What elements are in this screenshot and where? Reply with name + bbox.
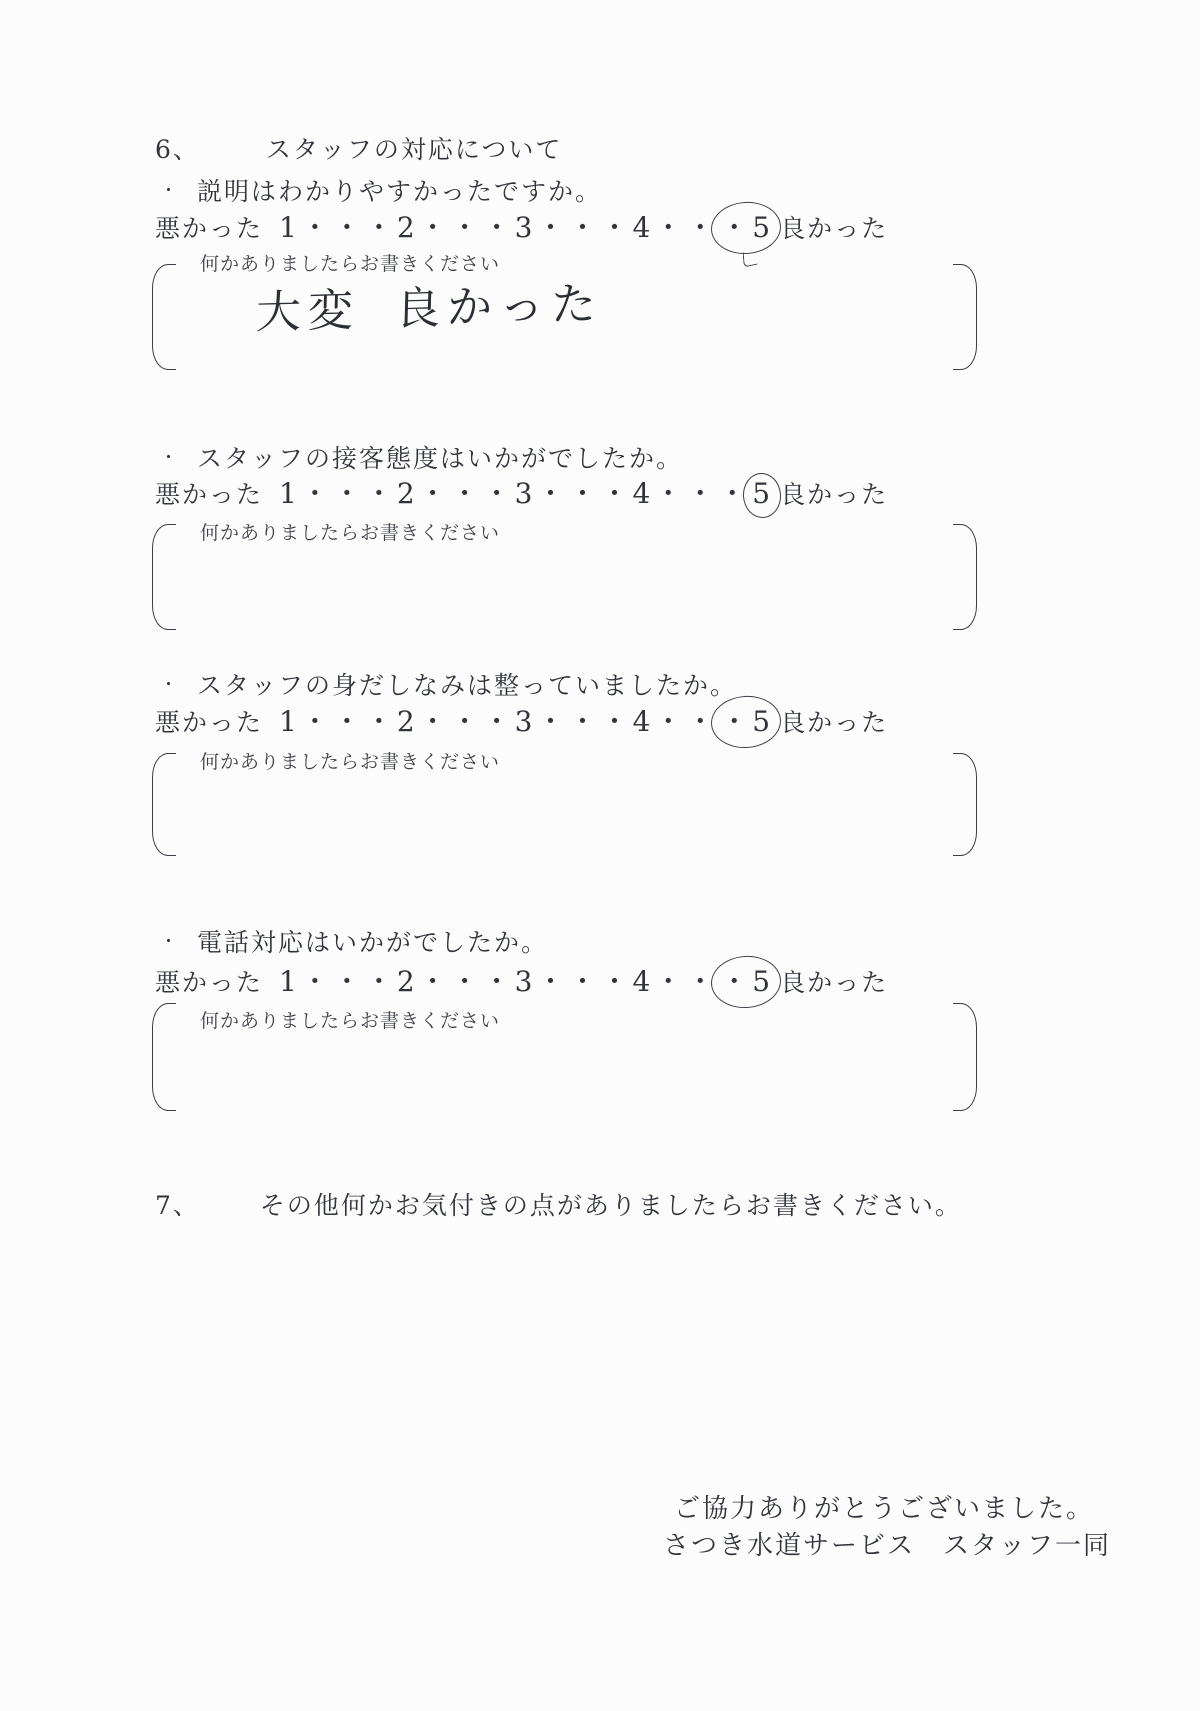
question-text-2: ・ スタッフの接客態度はいかがでしたか。: [160, 439, 683, 475]
scale-numbers: 1・・・2・・・3・・・4・・・5: [279, 960, 776, 1000]
question-text-1: ・ 説明はわかりやすかったですか。: [160, 172, 602, 208]
scale-high-label: 良かった: [780, 963, 888, 999]
rating-scale-2: 悪かった 1・・・2・・・3・・・4・・・5 良かった: [155, 472, 888, 512]
section-7-title: その他何かお気付きの点がありましたらお書きください。: [260, 1186, 962, 1222]
rating-circle-3: ・5: [718, 700, 776, 740]
scale-numbers: 1・・・2・・・3・・・4・・・5: [279, 700, 776, 740]
comment-bracket-right-4: [953, 1003, 977, 1111]
comment-bracket-right-3: [953, 753, 977, 856]
question-text-3: ・ スタッフの身だしなみは整っていましたか。: [160, 666, 737, 702]
section-6-title: スタッフの対応について: [266, 130, 563, 166]
rating-scale-3: 悪かった 1・・・2・・・3・・・4・・・5 良かった: [155, 700, 888, 740]
comment-label-4: 何かありましたらお書きください: [200, 1006, 500, 1033]
scale-high-label: 良かった: [780, 703, 888, 739]
scale-low-label: 悪かった: [155, 703, 263, 739]
comment-bracket-left-2: [152, 524, 176, 630]
rating-circle-4: ・5: [718, 960, 776, 1000]
question-label: スタッフの身だしなみは整っていましたか。: [197, 666, 737, 702]
bullet-icon: ・: [160, 670, 179, 695]
comment-bracket-left-4: [152, 1003, 176, 1111]
question-label: 説明はわかりやすかったですか。: [197, 172, 602, 208]
scale-low-label: 悪かった: [155, 475, 263, 511]
handwritten-answer: 大変 良かった: [255, 267, 604, 341]
closing-thanks: ご協力ありがとうございました。: [674, 1488, 1094, 1525]
survey-page: 6、 スタッフの対応について ・ 説明はわかりやすかったですか。 悪かった 1・…: [0, 0, 1200, 1711]
rating-circle-2: 5: [750, 477, 776, 510]
rating-scale-4: 悪かった 1・・・2・・・3・・・4・・・5 良かった: [155, 960, 888, 1000]
rating-circle-1: ・5: [718, 206, 776, 246]
comment-bracket-right-1: [953, 264, 977, 370]
comment-bracket-left-3: [152, 753, 176, 856]
scale-numbers: 1・・・2・・・3・・・4・・・5: [279, 472, 776, 512]
scale-high-label: 良かった: [780, 209, 888, 245]
company-signature: さつき水道サービス スタッフ一同: [663, 1525, 1111, 1562]
scale-numbers: 1・・・2・・・3・・・4・・・5: [279, 206, 776, 246]
comment-label-3: 何かありましたらお書きください: [200, 747, 500, 774]
question-label: 電話対応はいかがでしたか。: [197, 923, 548, 959]
bullet-icon: ・: [160, 176, 179, 201]
scale-low-label: 悪かった: [155, 209, 263, 245]
section-6-number: 6、: [155, 130, 200, 166]
section-7-number: 7、: [155, 1186, 200, 1222]
question-label: スタッフの接客態度はいかがでしたか。: [197, 439, 683, 475]
bullet-icon: ・: [160, 927, 179, 952]
rating-scale-1: 悪かった 1・・・2・・・3・・・4・・・5 良かった: [155, 206, 888, 246]
comment-bracket-left-1: [152, 264, 176, 370]
scale-high-label: 良かった: [780, 475, 888, 511]
comment-bracket-right-2: [953, 524, 977, 630]
scale-low-label: 悪かった: [155, 963, 263, 999]
bullet-icon: ・: [160, 443, 179, 468]
comment-label-2: 何かありましたらお書きください: [200, 518, 500, 545]
section-7-heading: 7、 その他何かお気付きの点がありましたらお書きください。: [155, 1186, 962, 1222]
question-text-4: ・ 電話対応はいかがでしたか。: [160, 923, 548, 959]
section-6-heading: 6、 スタッフの対応について: [155, 130, 562, 166]
